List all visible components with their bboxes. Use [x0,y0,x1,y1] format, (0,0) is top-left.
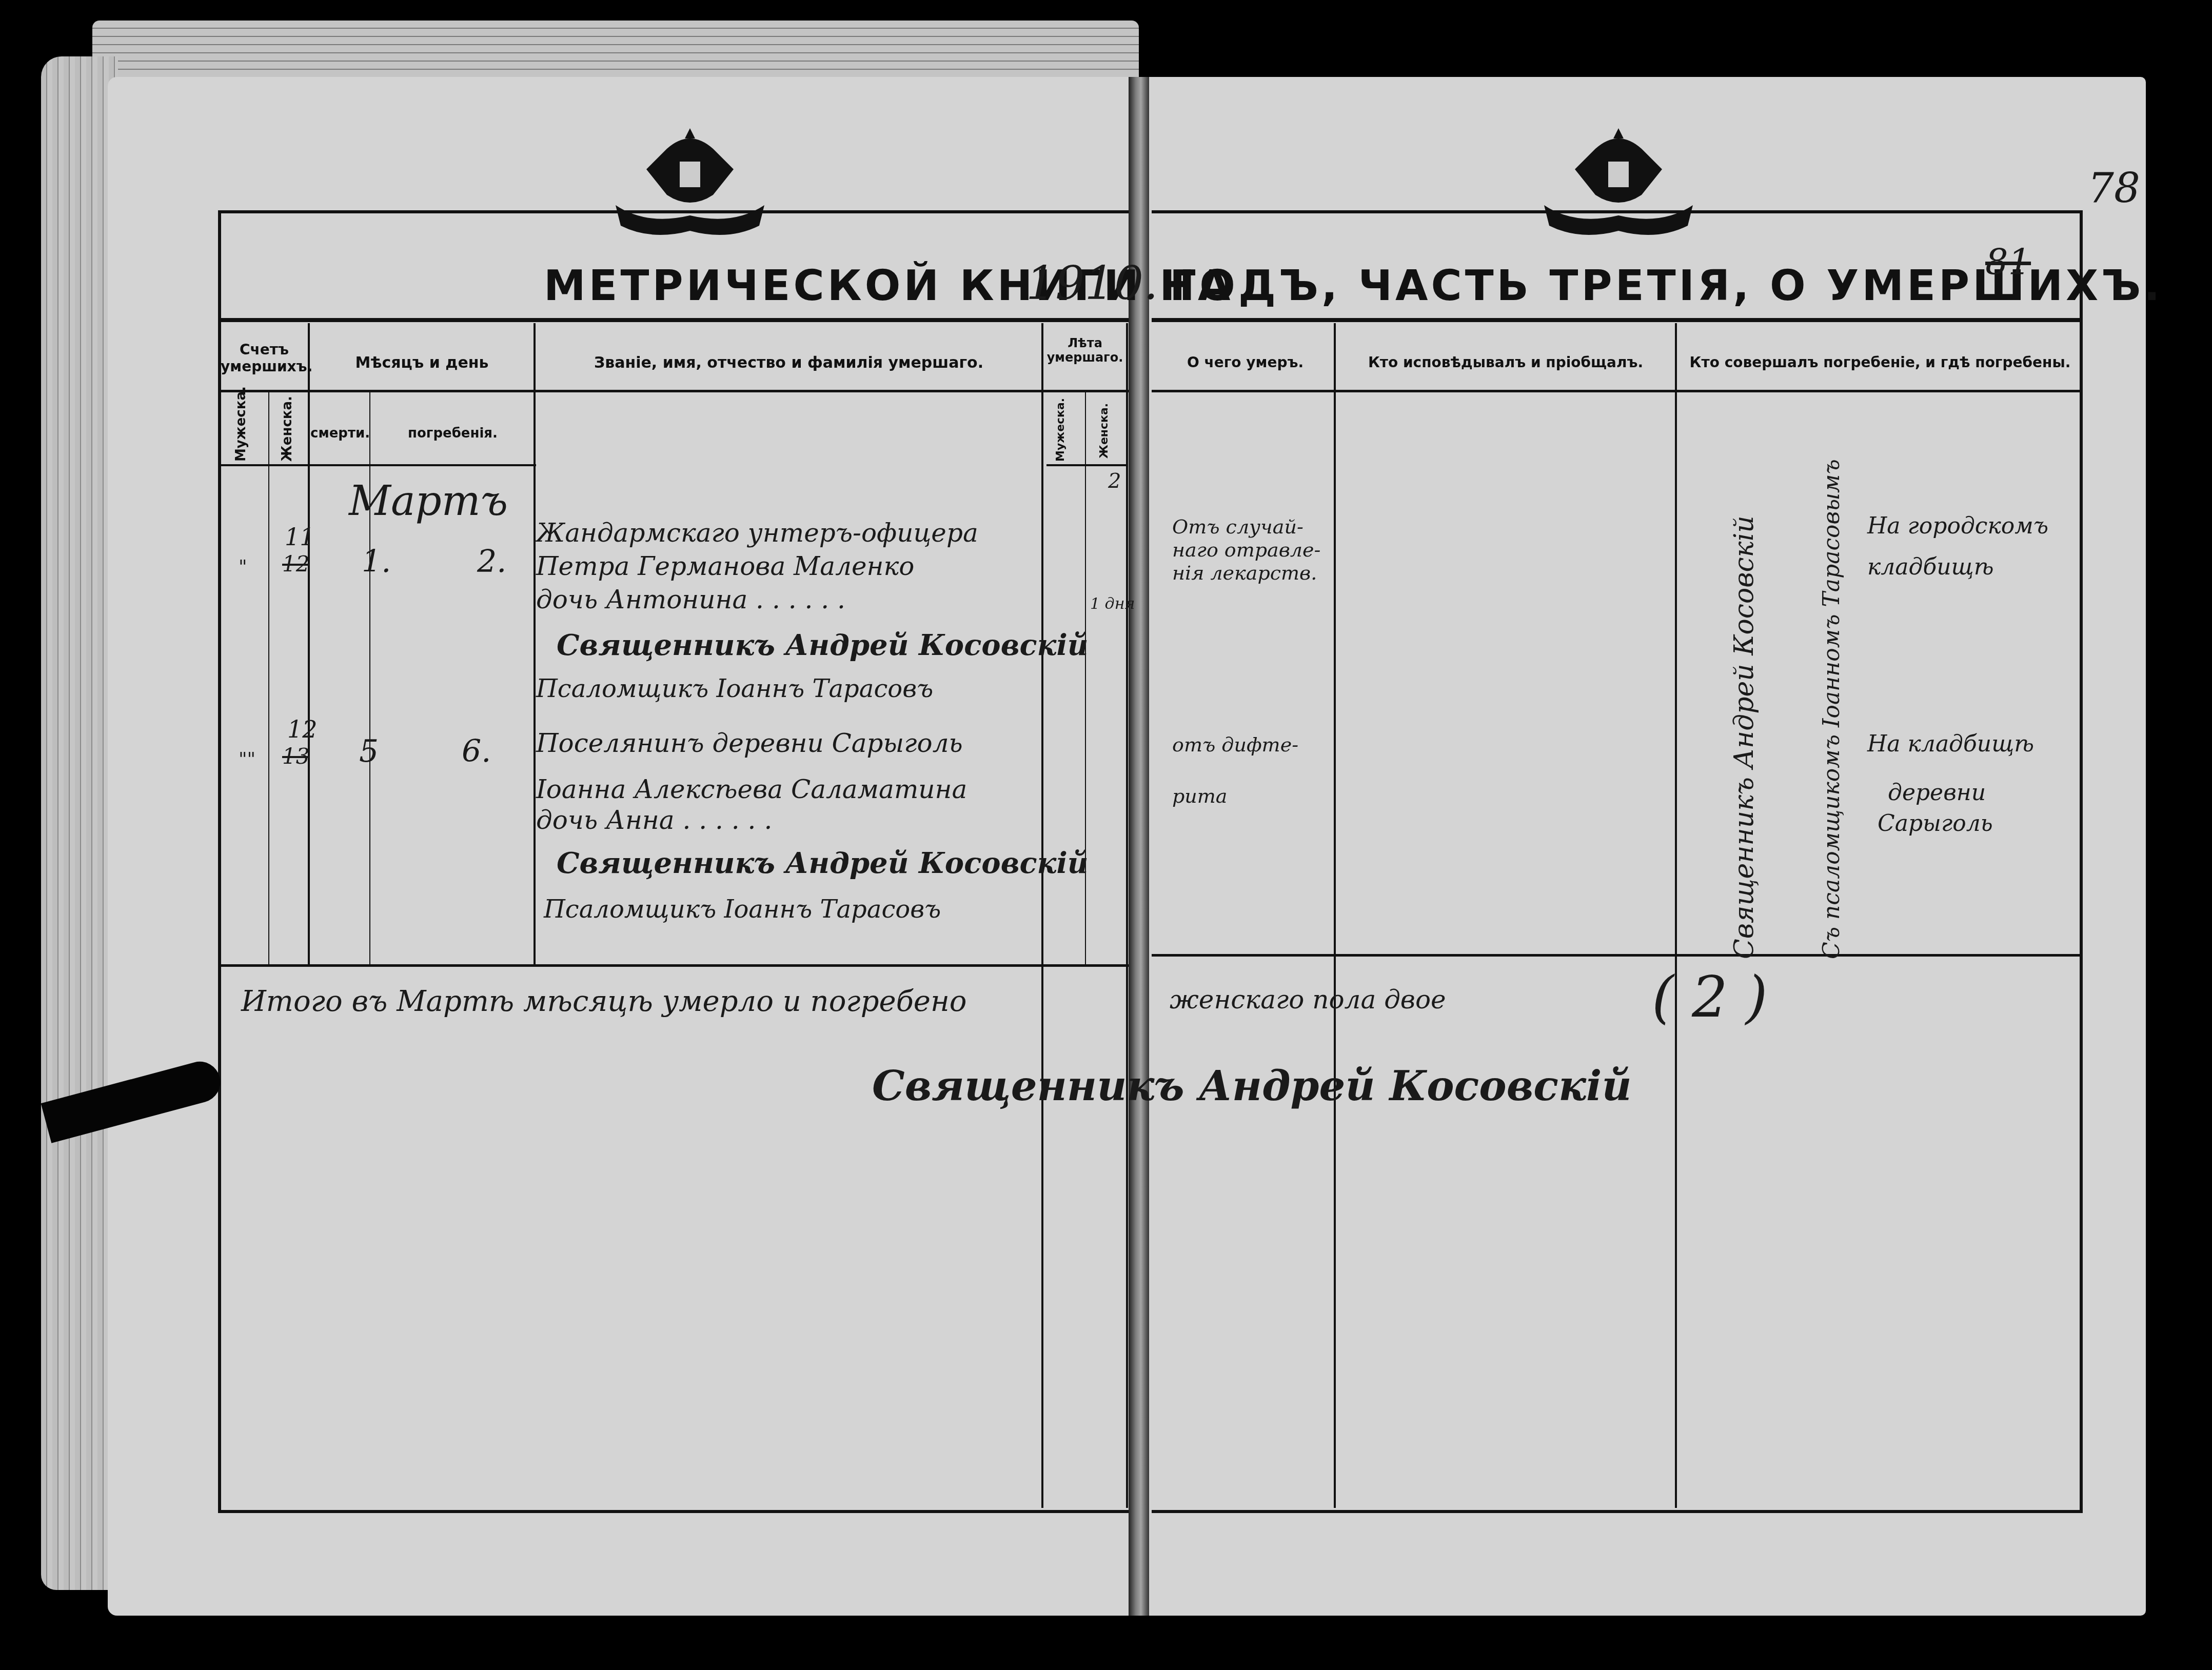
entry-priest-signature: Священникъ Андрей Косовскій [557,846,1088,880]
column-line [308,323,310,964]
summary-text-left: Итого въ Мартѣ мѣсяцѣ умерло и погребено [241,985,967,1018]
header-burial: погребенія. [372,426,534,441]
header-month-day: Мѣсяцъ и день [310,354,534,372]
header-cause: О чего умеръ. [1157,354,1334,371]
summary-signature: Священникъ Андрей Косовскій [872,1062,1632,1110]
header-burial-by: Кто совершалъ погребеніе, и гдѣ погребен… [1677,354,2083,371]
header-count-deceased: Счетъ умершихъ. [221,341,308,375]
summary-count: ( 2 ) [1652,964,1768,1030]
subheader-rule [1152,390,2083,392]
burial-by-priest: Священникъ Андрей Косовскій [1729,421,1760,959]
entry-cause-line: отъ дифте- [1172,733,1298,756]
entry-cause-line: нія лекарств. [1172,562,1317,584]
entry-psalmist-signature: Псаломщикъ Іоаннъ Тарасовъ [536,674,933,703]
summary-text-right: женскаго пола двое [1170,985,1446,1015]
entries-end-rule [1152,954,2083,957]
entry-number: 12 [287,715,318,743]
header-confessor: Кто исповѣдывалъ и пріобщалъ. [1336,354,1675,371]
entry-male-mark: " [239,556,247,578]
header-rule [218,318,1129,322]
entry-name-line: дочь Антонина . . . . . . [536,585,845,614]
entry-cause-line: ритa [1172,785,1228,807]
subheader-rule [218,390,1129,392]
page-number-printed: 81 [1985,241,2031,283]
entry-name-line: Жандармскаго унтеръ-офицера [536,518,978,548]
entry-death-day: 5 [359,733,379,769]
entry-psalmist-signature: Псаломщикъ Іоаннъ Тарасовъ [544,895,941,924]
header-rule [1152,318,2083,322]
header-death: смерти. [310,426,369,441]
book-top-edges [92,21,1139,77]
entry-burial-place: деревни [1888,780,1986,806]
entry-number-old: 13 [282,744,309,769]
entry-burial-place: Сарыголь [1878,810,1993,837]
header-count-female: Женска. [280,400,295,462]
header-age: Лѣта умершаго. [1044,336,1126,365]
entry-male-mark: "" [239,749,255,770]
page-number-corrected: 78 [2088,164,2140,212]
entry-name-line: Поселянинъ деревни Сарыголь [536,728,963,758]
entry-name-line: дочь Анна . . . . . . [536,805,772,835]
entry-death-day: 1. [362,544,391,580]
entry-burial-day: 2. [477,544,506,580]
entry-cause-line: Отъ случай- [1172,515,1303,538]
column-line [1675,323,1677,1508]
column-line [1126,323,1128,1508]
column-line [1041,323,1043,1508]
subheader-rule [218,464,536,466]
book-page-edges [41,56,118,1590]
entry-name-line: Петра Германова Маленко [536,551,914,581]
entry-cause-line: наго отравле- [1172,539,1320,561]
entry-burial-day: 6. [462,733,491,769]
header-name: Званіе, имя, отчество и фамилія умершаго… [536,354,1041,372]
header-age-male: Мужеска. [1054,400,1067,462]
header-count-male: Мужеска. [233,400,249,462]
right-table-frame [1152,210,2083,1513]
column-line [534,323,536,964]
header-age-female: Женска. [1098,400,1111,462]
entry-number-old: 12 [282,551,309,576]
column-line [268,392,269,964]
year: 1910. [1026,256,1158,310]
entry-burial-place: На городскомъ [1867,513,2048,539]
entry-number: 11 [285,523,315,551]
entry-name-line: Іоанна Алексѣева Саламатина [536,774,967,804]
subheader-rule [1046,464,1126,466]
entry-burial-place: На кладбищѣ [1867,731,2034,757]
burial-by-psalmist: Съ псаломщикомъ Іоанномъ Тарасовымъ [1819,421,1845,959]
column-line [1334,323,1336,1508]
entry-priest-signature: Священникъ Андрей Косовскій [557,628,1088,662]
entry-age-mark: 2 [1108,469,1121,493]
entry-age-female: 1 дня [1090,595,1135,613]
entries-end-rule [218,964,1129,967]
entry-burial-place: кладбищѣ [1867,554,1993,580]
month-heading: Мартъ [349,477,508,525]
